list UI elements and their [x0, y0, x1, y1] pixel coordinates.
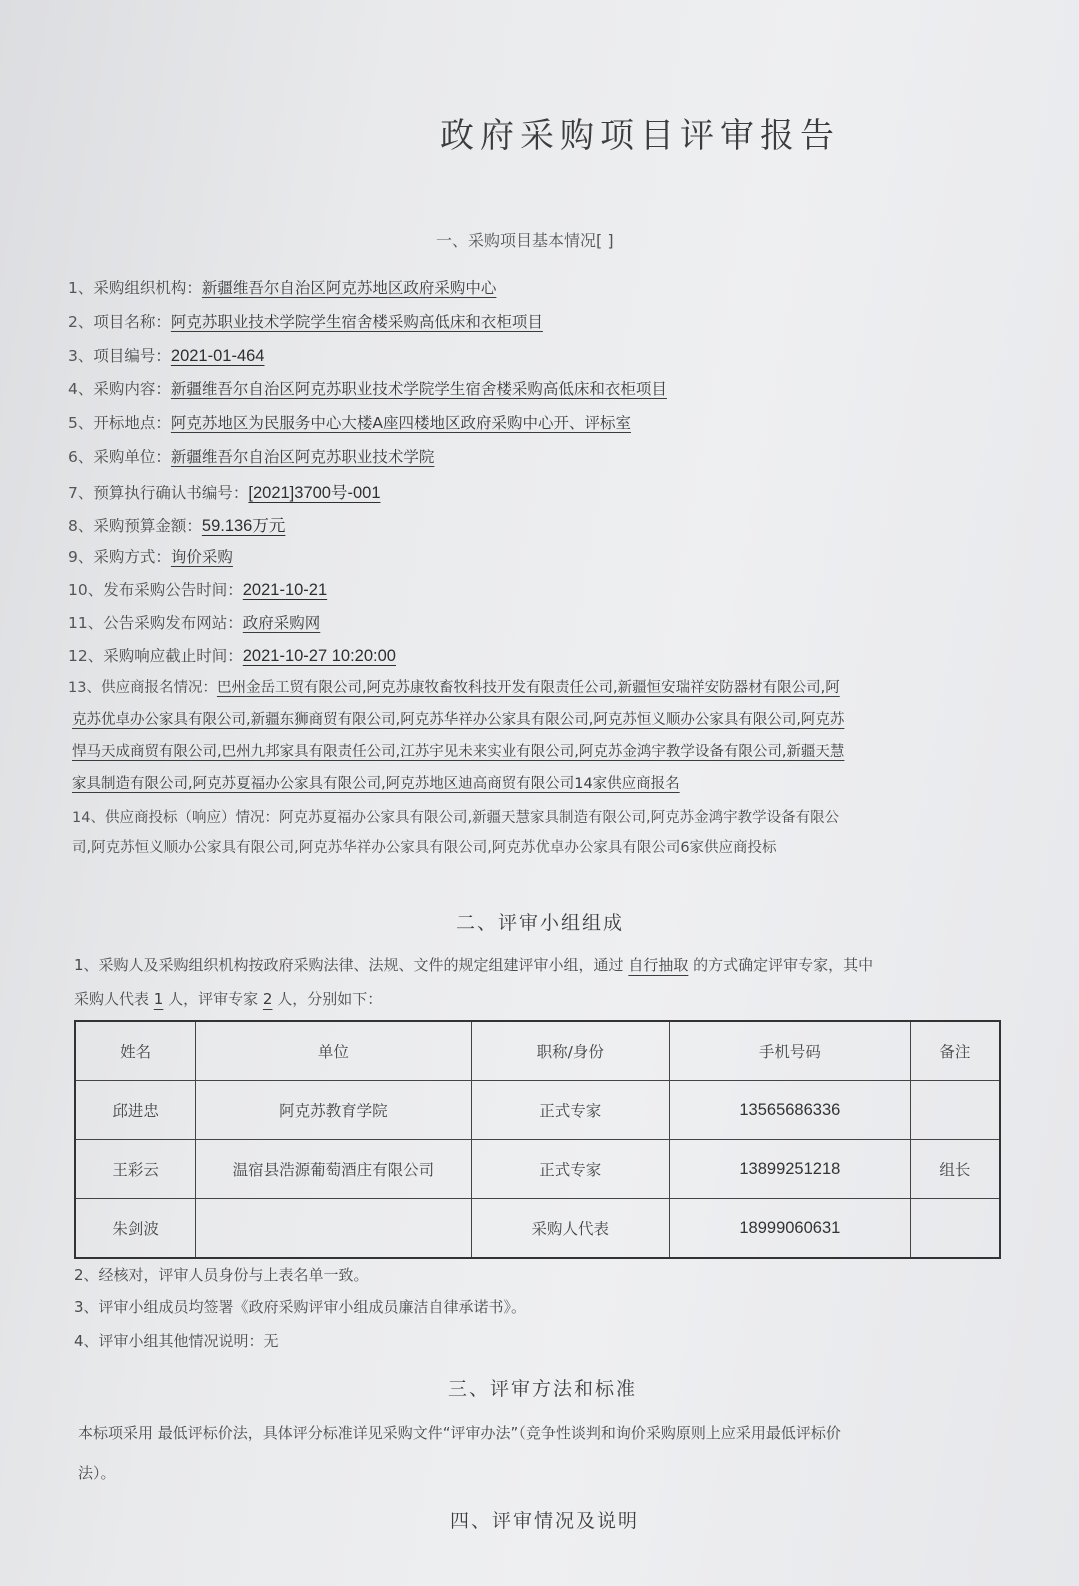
info-item-14: 14、供应商投标（响应）情况：阿克苏夏福办公家具有限公司,新疆天慧家具制造有限公…: [72, 806, 839, 827]
info-item-13: 13、供应商报名情况：巴州金岳工贸有限公司,阿克苏康牧畜牧科技开发有限责任公司,…: [68, 676, 840, 697]
item-label: 公告采购发布网站：: [103, 614, 243, 632]
info-item-10: 10、发布采购公告时间：2021-10-21: [68, 578, 327, 600]
item-label: 供应商投标（响应）情况：: [105, 810, 279, 826]
item-number: 10、: [68, 581, 103, 599]
supplier-registrations-line: 克苏优卓办公家具有限公司,新疆东狮商贸有限公司,阿克苏华祥办公家具有限公司,阿克…: [72, 712, 844, 728]
section2-paragraph-2: 2、经核对，评审人员身份与上表名单一致。: [74, 1264, 369, 1285]
item-label: 项目名称：: [93, 313, 171, 331]
section3-paragraph-line1: 本标项采用 最低评标价法，具体评分标准详见采购文件“评审办法”（竞争性谈判和询价…: [78, 1422, 841, 1443]
expert-count: 2: [263, 990, 273, 1008]
document-title: 政府采购项目评审报告: [440, 108, 840, 157]
section2-paragraph-1: 1、采购人及采购组织机构按政府采购法律、法规、文件的规定组建评审小组，通过 自行…: [74, 948, 994, 1016]
info-item-2: 2、项目名称：阿克苏职业技术学院学生宿舍楼采购高低床和衣柜项目: [68, 310, 543, 332]
item-number: 7、: [68, 484, 93, 502]
supplier-bids-line: 司,阿克苏恒义顺办公家具有限公司,阿克苏华祥办公家具有限公司,阿克苏优卓办公家具…: [72, 840, 777, 856]
item-number: 3、: [68, 347, 93, 365]
column-header-name: 姓名: [75, 1021, 196, 1081]
item-value: 2021-10-27 10:20:00: [243, 647, 396, 665]
item-value: 2021-10-21: [243, 581, 327, 599]
section3-heading: 三、评审方法和标准: [448, 1374, 637, 1401]
item-label: 项目编号：: [93, 347, 171, 365]
cell-phone: 13899251218: [670, 1140, 911, 1199]
text: 采购人代表: [74, 990, 149, 1008]
document-page: 政府采购项目评审报告 一、采购项目基本情况[ ] 1、采购组织机构：新疆维吾尔自…: [0, 0, 1079, 1586]
item-number: 5、: [68, 414, 93, 432]
item-value: 59.136万元: [202, 517, 285, 535]
item-label: 采购单位：: [93, 448, 171, 466]
item-number: 11、: [68, 614, 103, 632]
text: 1、采购人及采购组织机构按政府采购法律、法规、文件的规定组建评审小组，通过: [74, 956, 624, 974]
column-header-phone: 手机号码: [670, 1021, 911, 1081]
section4-heading: 四、评审情况及说明: [450, 1506, 639, 1533]
item-label: 采购方式：: [93, 548, 171, 566]
info-item-14-line2: 司,阿克苏恒义顺办公家具有限公司,阿克苏华祥办公家具有限公司,阿克苏优卓办公家具…: [72, 836, 777, 857]
info-item-13-line3: 悍马天成商贸有限公司,巴州九邦家具有限责任公司,江苏宇见未来实业有限公司,阿克苏…: [72, 740, 844, 761]
item-label: 采购响应截止时间：: [103, 647, 243, 665]
item-value: 2021-01-464: [171, 347, 265, 365]
info-item-9: 9、采购方式：询价采购: [68, 545, 233, 567]
cell-unit: 阿克苏教育学院: [196, 1081, 471, 1140]
cell-phone: 13565686336: [670, 1081, 911, 1140]
cell-name: 邱进忠: [75, 1081, 196, 1140]
cell-title: 正式专家: [471, 1081, 670, 1140]
supplier-registrations-line: 悍马天成商贸有限公司,巴州九邦家具有限责任公司,江苏宇见未来实业有限公司,阿克苏…: [72, 744, 844, 760]
info-item-4: 4、采购内容：新疆维吾尔自治区阿克苏职业技术学院学生宿舍楼采购高低床和衣柜项目: [68, 377, 667, 399]
item-label: 采购组织机构：: [93, 279, 202, 297]
section2-paragraph-4: 4、评审小组其他情况说明：无: [74, 1330, 279, 1351]
item-number: 9、: [68, 548, 93, 566]
info-item-13-line2: 克苏优卓办公家具有限公司,新疆东狮商贸有限公司,阿克苏华祥办公家具有限公司,阿克…: [72, 708, 844, 729]
cell-title: 采购人代表: [471, 1199, 670, 1259]
table-row: 朱剑波 采购人代表 18999060631: [75, 1199, 1000, 1259]
section3-paragraph-line2: 法）。: [78, 1462, 116, 1483]
cell-unit: [196, 1199, 471, 1259]
item-label: 发布采购公告时间：: [103, 581, 243, 599]
supplier-bids-line: 阿克苏夏福办公家具有限公司,新疆天慧家具制造有限公司,阿克苏金鸿宇教学设备有限公: [279, 810, 839, 826]
table-row: 邱进忠 阿克苏教育学院 正式专家 13565686336: [75, 1081, 1000, 1140]
item-label: 供应商报名情况：: [101, 680, 217, 696]
table-header-row: 姓名 单位 职称/身份 手机号码 备注: [75, 1021, 1000, 1081]
text: 人，分别如下：: [277, 990, 382, 1008]
item-number: 13、: [68, 680, 101, 696]
item-number: 14、: [72, 810, 105, 826]
column-header-remark: 备注: [910, 1021, 1000, 1081]
info-item-3: 3、项目编号：2021-01-464: [68, 344, 264, 366]
section2-heading: 二、评审小组组成: [456, 908, 624, 935]
cell-remark: [910, 1081, 1000, 1140]
info-item-7: 7、预算执行确认书编号：[2021]3700号-001: [68, 479, 381, 503]
table-row: 王彩云 温宿县浩源葡萄酒庄有限公司 正式专家 13899251218 组长: [75, 1140, 1000, 1199]
item-value: 政府采购网: [243, 614, 321, 632]
item-value: 阿克苏职业技术学院学生宿舍楼采购高低床和衣柜项目: [171, 313, 543, 331]
item-label: 预算执行确认书编号：: [93, 484, 248, 502]
cell-remark: [910, 1199, 1000, 1259]
supplier-registrations-line: 家具制造有限公司,阿克苏夏福办公家具有限公司,阿克苏地区迪高商贸有限公司14家供…: [72, 776, 680, 792]
selection-method: 自行抽取: [628, 956, 688, 974]
item-value: 阿克苏地区为民服务中心大楼A座四楼地区政府采购中心开、评标室: [171, 414, 631, 432]
info-item-13-line4: 家具制造有限公司,阿克苏夏福办公家具有限公司,阿克苏地区迪高商贸有限公司14家供…: [72, 772, 680, 793]
supplier-registrations-line: 巴州金岳工贸有限公司,阿克苏康牧畜牧科技开发有限责任公司,新疆恒安瑞祥安防器材有…: [217, 680, 840, 696]
item-label: 开标地点：: [93, 414, 171, 432]
item-number: 1、: [68, 279, 93, 297]
item-value: 新疆维吾尔自治区阿克苏职业技术学院学生宿舍楼采购高低床和衣柜项目: [171, 380, 667, 398]
item-label: 采购内容：: [93, 380, 171, 398]
text: 的方式确定评审专家，其中: [693, 956, 873, 974]
item-number: 4、: [68, 380, 93, 398]
item-value: 新疆维吾尔自治区阿克苏地区政府采购中心: [202, 279, 497, 297]
purchaser-rep-count: 1: [154, 990, 164, 1008]
column-header-unit: 单位: [196, 1021, 471, 1081]
info-item-12: 12、采购响应截止时间：2021-10-27 10:20:00: [68, 644, 396, 666]
info-item-8: 8、采购预算金额：59.136万元: [68, 512, 285, 536]
section1-heading: 一、采购项目基本情况[ ]: [436, 228, 614, 251]
item-value: 询价采购: [171, 548, 233, 566]
cell-unit: 温宿县浩源葡萄酒庄有限公司: [196, 1140, 471, 1199]
item-number: 2、: [68, 313, 93, 331]
item-number: 6、: [68, 448, 93, 466]
info-item-1: 1、采购组织机构：新疆维吾尔自治区阿克苏地区政府采购中心: [68, 276, 496, 298]
item-value: 新疆维吾尔自治区阿克苏职业技术学院: [171, 448, 435, 466]
item-label: 采购预算金额：: [93, 517, 202, 535]
review-panel-table: 姓名 单位 职称/身份 手机号码 备注 邱进忠 阿克苏教育学院 正式专家 135…: [74, 1020, 1001, 1259]
item-number: 12、: [68, 647, 103, 665]
cell-name: 王彩云: [75, 1140, 196, 1199]
section2-paragraph-3: 3、评审小组成员均签署《政府采购评审小组成员廉洁自律承诺书》。: [74, 1296, 526, 1317]
cell-name: 朱剑波: [75, 1199, 196, 1259]
info-item-6: 6、采购单位：新疆维吾尔自治区阿克苏职业技术学院: [68, 445, 434, 467]
cell-title: 正式专家: [471, 1140, 670, 1199]
cell-remark: 组长: [910, 1140, 1000, 1199]
column-header-title: 职称/身份: [471, 1021, 670, 1081]
info-item-11: 11、公告采购发布网站：政府采购网: [68, 611, 320, 633]
text: 人，评审专家: [168, 990, 258, 1008]
cell-phone: 18999060631: [670, 1199, 911, 1259]
info-item-5: 5、开标地点：阿克苏地区为民服务中心大楼A座四楼地区政府采购中心开、评标室: [68, 411, 631, 433]
item-value: [2021]3700号-001: [248, 484, 380, 502]
item-number: 8、: [68, 517, 93, 535]
